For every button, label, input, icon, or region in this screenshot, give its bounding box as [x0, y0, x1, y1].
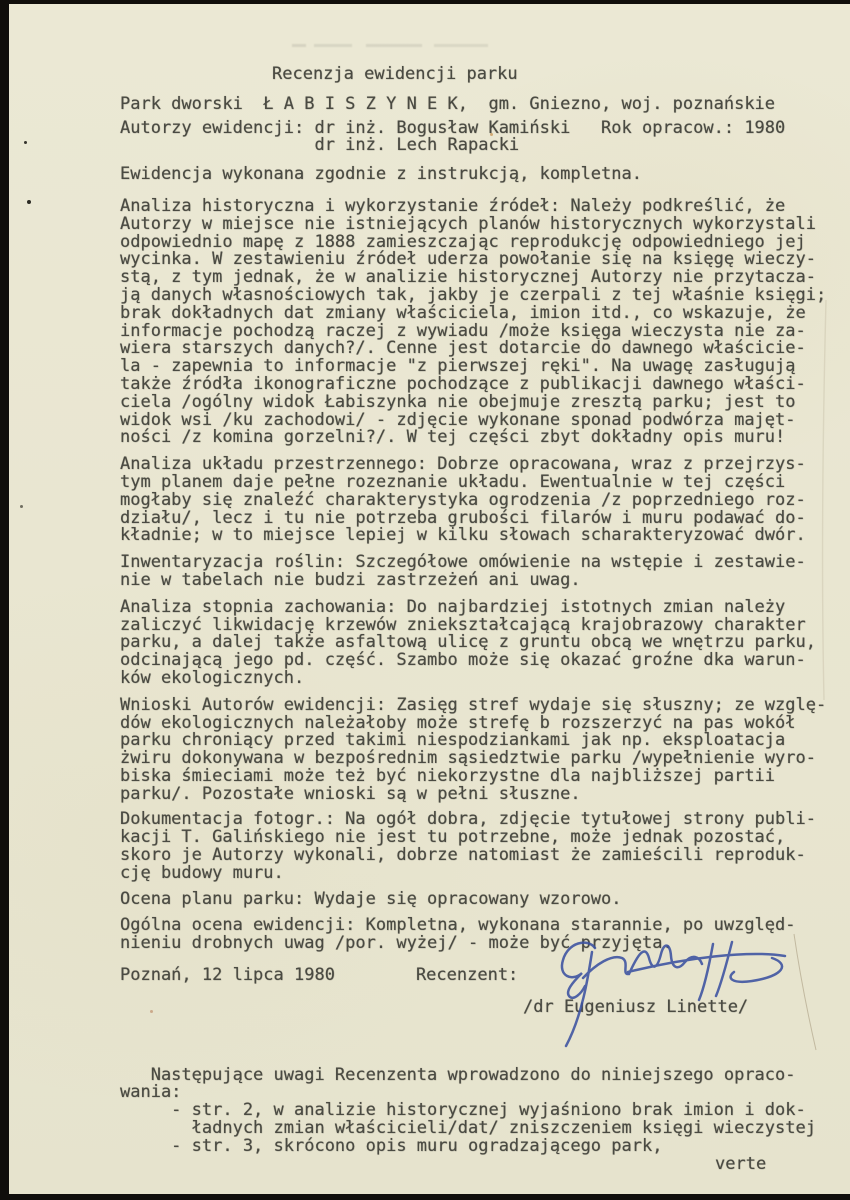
recenzent-annotations: Następujące uwagi Recenzenta wprowadzono…	[120, 1067, 822, 1156]
scan-edge-bottom	[0, 1194, 850, 1200]
typewriter-ghost-impression	[292, 38, 542, 52]
text-line: Autorzy w miejsce nie istniejących planó…	[120, 216, 822, 234]
paragraph-wnioski-autorow: Wnioski Autorów ewidencji: Zasięg stref …	[120, 697, 822, 804]
reviewer-signature-ink	[480, 918, 830, 1063]
text-line: cję budowy muru.	[120, 865, 822, 883]
text-line: Analiza stopnia zachowania: Do najbardzi…	[120, 599, 822, 617]
paragraph-analiza-ukladu: Analiza układu przestrzennego: Dobrze op…	[120, 456, 822, 545]
verte-note: verte	[715, 1156, 822, 1174]
text-line: nie w tabelach nie budzi zastrzeżeń ani …	[120, 572, 822, 590]
scan-edge-left	[0, 0, 9, 1200]
text-line: parku/. Pozostałe wnioski są w pełni słu…	[120, 786, 822, 804]
text-line: ciela /ogólny widok Łabiszynka nie obejm…	[120, 394, 822, 412]
authors-line-2: dr inż. Lech Rapacki	[120, 137, 822, 155]
paper-speck	[150, 1010, 153, 1013]
text-line: Ocena planu parku: Wydaje się opracowany…	[120, 891, 822, 909]
paper-speck	[20, 505, 23, 508]
paragraph-inwentaryzacja-roslin: Inwentaryzacja roślin: Szczegółowe omówi…	[120, 554, 822, 590]
completeness-line: Ewidencja wykonana zgodnie z instrukcją,…	[120, 166, 822, 184]
scan-edge-top	[0, 0, 850, 4]
paragraph-dokumentacja-fotogr: Dokumentacja fotogr.: Na ogół dobra, zdj…	[120, 811, 822, 882]
text-line: - str. 3, skrócono opis muru ogradzające…	[120, 1138, 822, 1156]
text-line: brak dokładnych dat zmiany właściciela, …	[120, 305, 822, 323]
document-scan: Recenzja ewidencji parku Park dworski Ł …	[0, 0, 850, 1200]
park-name-line: Park dworski Ł A B I S Z Y N E K, gm. Gn…	[120, 96, 822, 114]
paper-speck	[27, 200, 31, 204]
text-line: ków ekologicznych.	[120, 670, 822, 688]
place-date: Poznań, 12 lipca 1980	[120, 965, 335, 985]
text-line: ności /z komina gorzelni?/. W tej części…	[120, 429, 822, 447]
paragraph-analiza-stopnia-zachowania: Analiza stopnia zachowania: Do najbardzi…	[120, 599, 822, 688]
text-line: Wnioski Autorów ewidencji: Zasięg stref …	[120, 697, 822, 715]
text-line: Następujące uwagi Recenzenta wprowadzono…	[120, 1067, 822, 1085]
paper-speck	[24, 141, 27, 144]
paper-speck	[490, 133, 493, 136]
paragraph-analiza-historyczna: Analiza historyczna i wykorzystanie źród…	[120, 198, 822, 447]
text-line: kładnie; w to miejsce lepiej w kilku sło…	[120, 527, 822, 545]
paragraph-ocena-planu: Ocena planu parku: Wydaje się opracowany…	[120, 891, 822, 909]
page-title: Recenzja ewidencji parku	[272, 66, 822, 84]
text-line: mogłaby się znaleźć charakterystyka ogro…	[120, 492, 822, 510]
